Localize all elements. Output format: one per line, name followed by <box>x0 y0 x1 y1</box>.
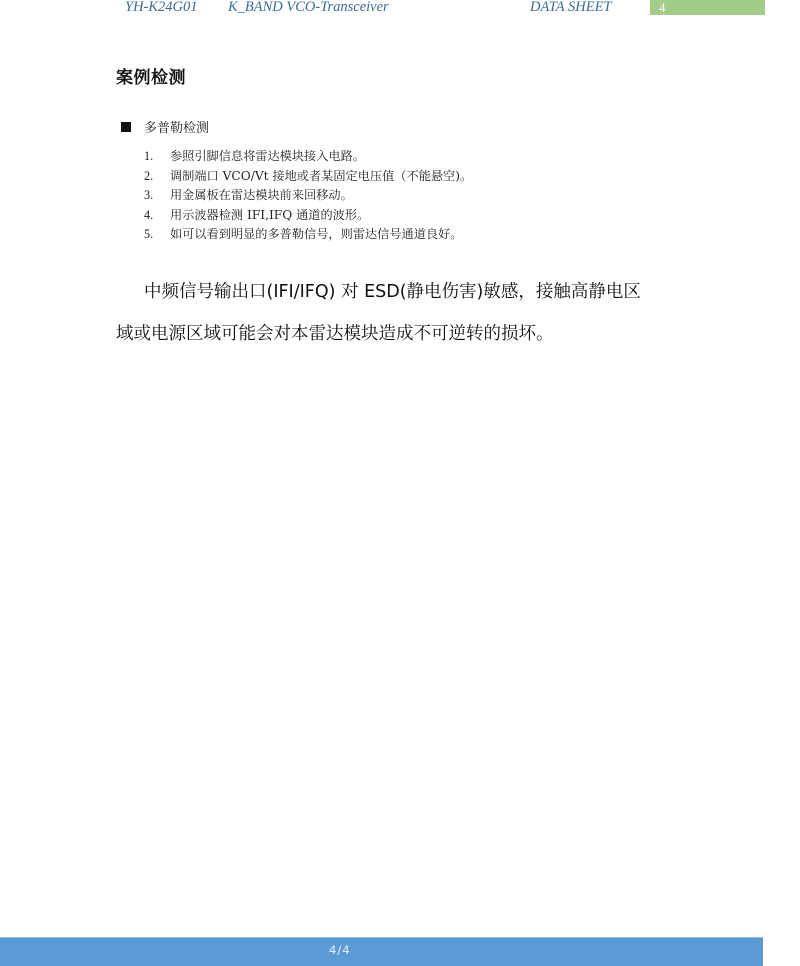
subsection-label: 多普勒检测 <box>144 117 209 136</box>
subsection-heading: 多普勒检测 <box>121 117 209 136</box>
warning-line-2: 域或电源区域可能会对本雷达模块造成不可逆转的损坏。 <box>116 313 676 355</box>
step-number: 4. <box>144 206 170 226</box>
step-number: 2. <box>144 167 170 187</box>
section-title: 案例检测 <box>116 63 186 88</box>
step-text: 用示波器检测 IFI,IFQ 通道的波形。 <box>170 206 369 226</box>
header-product: K_BAND VCO-Transceiver <box>228 0 389 15</box>
list-item: 5.如可以看到明显的多普勒信号，则雷达信号通道良好。 <box>144 225 472 245</box>
esd-warning-paragraph: 中频信号输出口(IFI/IFQ) 对 ESD(静电伤害)敏感，接触高静电区 域或… <box>116 271 676 355</box>
step-number: 1. <box>144 147 170 167</box>
header-doc-type: DATA SHEET <box>530 0 612 15</box>
footer-page-indicator: 4/4 <box>329 943 351 957</box>
footer-bar: 4/4 <box>0 937 763 966</box>
warning-line-1: 中频信号输出口(IFI/IFQ) 对 ESD(静电伤害)敏感，接触高静电区 <box>116 271 676 313</box>
square-bullet-icon <box>121 122 131 132</box>
header-page-number: 4 <box>650 0 765 15</box>
list-item: 1.参照引脚信息将雷达模块接入电路。 <box>144 147 472 167</box>
step-text: 调制端口 VCO/Vt 接地或者某固定电压值（不能悬空)。 <box>170 167 472 187</box>
header-model: YH-K24G01 <box>125 0 198 15</box>
list-item: 4.用示波器检测 IFI,IFQ 通道的波形。 <box>144 206 472 226</box>
step-number: 5. <box>144 225 170 245</box>
step-text: 如可以看到明显的多普勒信号，则雷达信号通道良好。 <box>170 225 463 245</box>
step-number: 3. <box>144 186 170 206</box>
step-text: 用金属板在雷达模块前来回移动。 <box>170 186 353 206</box>
step-text: 参照引脚信息将雷达模块接入电路。 <box>170 147 365 167</box>
list-item: 2.调制端口 VCO/Vt 接地或者某固定电压值（不能悬空)。 <box>144 167 472 187</box>
steps-list: 1.参照引脚信息将雷达模块接入电路。 2.调制端口 VCO/Vt 接地或者某固定… <box>144 147 472 245</box>
list-item: 3.用金属板在雷达模块前来回移动。 <box>144 186 472 206</box>
